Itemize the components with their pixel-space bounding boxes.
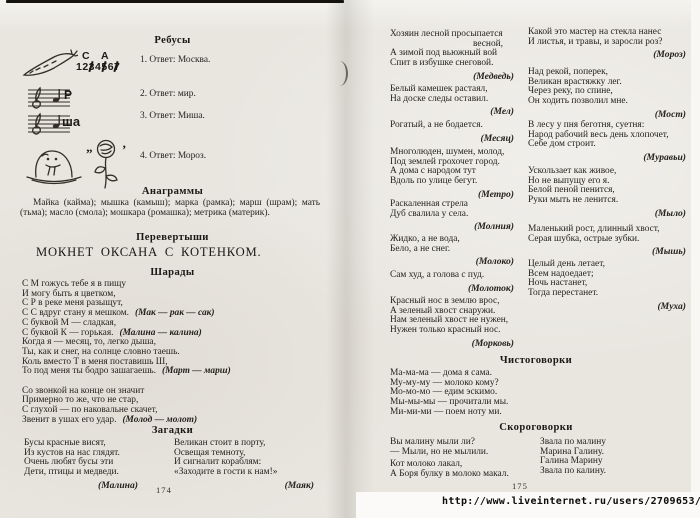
riddle-line: Спит в избушке снеговой. bbox=[390, 59, 514, 69]
skorogovorki-title: Скороговорки bbox=[372, 422, 700, 433]
watermark-url: http://www.liveinternet.ru/users/2709653… bbox=[442, 496, 700, 507]
sharada-text: С буквой К — горькая. bbox=[22, 328, 113, 338]
sharada-text: Примерно то же, что не стар, bbox=[22, 395, 138, 405]
sharada-text: То под меня ты бодро зашагаешь. bbox=[22, 366, 156, 376]
riddle-answer: (Медведь) bbox=[390, 72, 514, 82]
zagadka-block: Бусы красные висят, Из кустов на нас гля… bbox=[24, 439, 138, 491]
sharada-text: С буквой М — сладкая, bbox=[22, 318, 116, 328]
riddle-answer: (Морковь) bbox=[390, 339, 514, 349]
chistogovorki-title: Чистоговорки bbox=[372, 355, 700, 366]
sharada-answer: (Март — марш) bbox=[162, 366, 231, 376]
zagadka-block: Многолюден, шумен, молод, Под землей гро… bbox=[390, 148, 514, 200]
chistogovorki-block: Ма-ма-ма — дома я сама. Му-му-му — молок… bbox=[390, 369, 550, 418]
rebus-answer: 2. Ответ: мир. bbox=[140, 90, 196, 100]
zagadka-block: В лесу у пня беготня, суетня: Народ рабо… bbox=[528, 121, 686, 163]
sharady-block: С М гожусь тебе я в пищу И могу быть я ц… bbox=[22, 280, 334, 425]
rebus-answer: 4. Ответ: Мороз. bbox=[140, 152, 206, 162]
sharada-text: И могу быть я цветком, bbox=[22, 289, 116, 299]
sharada-text: Звенит в ушах его удар. bbox=[22, 415, 116, 425]
sharada-answer: (Малина — калина) bbox=[119, 328, 201, 338]
sharada-answer: (Мак — рак — сак) bbox=[135, 308, 215, 318]
riddle-answer: (Мост) bbox=[528, 110, 686, 120]
riddle-line: «Заходите в гости к нам!» bbox=[174, 468, 314, 478]
perevertyshi-title: Перевертыши bbox=[0, 232, 345, 243]
zagadka-block: Рогатый, а не бодается. (Месяц) bbox=[390, 121, 514, 143]
rebus-answer: 3. Ответ: Миша. bbox=[140, 112, 205, 122]
riddle-answer: (Молоток) bbox=[390, 284, 514, 294]
rebus-quote-mark: ’ bbox=[122, 142, 126, 158]
book-scan: Ребусы С А 1234567 Р bbox=[0, 0, 700, 518]
riddle-answer: (Малина) bbox=[24, 481, 138, 491]
sharada-answer: (Молод — молот) bbox=[122, 415, 197, 425]
rebus-note-letter-r: Р bbox=[64, 88, 72, 102]
riddle-answer: (Мыло) bbox=[528, 209, 686, 219]
riddle-answer: (Месяц) bbox=[390, 134, 514, 144]
sharada-text: Когда я — месяц, то, легко дыша, bbox=[22, 337, 156, 347]
riddle-line: На доске следы оставил. bbox=[390, 95, 514, 105]
top-scan-line bbox=[6, 0, 344, 3]
riddle-line: И листья, и травы, и заросли роз? bbox=[528, 38, 686, 48]
sharada-text: С глухой — по наковальне скачет, bbox=[22, 405, 157, 415]
riddle-line: Себе дом строит. bbox=[528, 140, 686, 150]
skorogovorki-col1: Вы малину мыли ли? — Мыли, но не мылили.… bbox=[390, 438, 540, 480]
riddle-line: Он ходить позволил мне. bbox=[528, 97, 686, 107]
zagadka-block: Какой это мастер на стекла нанес И листь… bbox=[528, 28, 686, 60]
perevertyshi-text: МОКНЕТ ОКСАНА С КОТЕНКОМ. bbox=[36, 245, 261, 260]
zagadka-block: Хозяин лесной просыпается весной, А зимо… bbox=[390, 30, 514, 82]
page-number: 174 bbox=[156, 485, 172, 495]
riddle-line: Дети, птицы и медведи. bbox=[24, 468, 138, 478]
skorogovorka-line: — Мыли, но не мылили. bbox=[390, 448, 540, 458]
riddle-line: Серая шубка, острые зубки. bbox=[528, 235, 686, 245]
rebus-digits: 1234567 bbox=[76, 61, 120, 73]
zagadka-block: Над рекой, поперек, Великан врастяжку ле… bbox=[528, 68, 686, 120]
zagadki-title: Загадки bbox=[0, 425, 345, 436]
riddle-line: Вдоль по улице бегут. bbox=[390, 177, 514, 187]
zagadka-block: Жидко, а не вода, Бело, а не снег. (Моло… bbox=[390, 235, 514, 267]
sharada-text: Со звонкой на конце он значит bbox=[22, 386, 144, 396]
riddle-answer: (Мел) bbox=[390, 107, 514, 117]
sharada-text: С С вдруг стану я мешком. bbox=[22, 308, 129, 318]
page-gutter-shadow bbox=[326, 0, 374, 518]
walrus-pudding-rebus-icon bbox=[24, 142, 84, 188]
rebusy-title: Ребусы bbox=[0, 35, 345, 46]
sharada-text: Ты, как и снег, на солнце словно таешь. bbox=[22, 347, 180, 357]
rebus-answer: 1. Ответ: Москва. bbox=[140, 56, 210, 66]
riddle-line: Тогда перестанет. bbox=[528, 289, 686, 299]
chistogovorka-line: Ми-ми-ми — поем ноту ми. bbox=[390, 408, 550, 418]
sharada-line: То под меня ты бодро зашагаешь.(Март — м… bbox=[22, 367, 334, 377]
zagadka-block: Сам худ, а голова с пуд. (Молоток) bbox=[390, 271, 514, 293]
riddle-line: Бело, а не снег. bbox=[390, 245, 514, 255]
sharady-title: Шарады bbox=[0, 267, 345, 278]
zagadka-block: Красный нос в землю врос, А зеленый хвос… bbox=[390, 297, 514, 349]
page-number: 175 bbox=[512, 481, 528, 491]
riddle-answer: (Мышь) bbox=[528, 247, 686, 257]
riddle-answer: (Муравьи) bbox=[528, 153, 686, 163]
zagadka-block: Белый камешек растаял, На доске следы ос… bbox=[390, 85, 514, 117]
anagrams-text: Майка (кайма); мышка (камыш); марка (рам… bbox=[20, 199, 320, 219]
zagadka-block: Целый день летает, Всем надоедает; Ночь … bbox=[528, 260, 686, 312]
sharada-text: С М гожусь тебе я в пищу bbox=[22, 279, 126, 289]
zagadka-block: Раскаленная стрела Дуб свалила у села. (… bbox=[390, 200, 514, 232]
zagadka-block: Маленький рост, длинный хвост, Серая шуб… bbox=[528, 225, 686, 257]
sharada-line: Звенит в ушах его удар.(Молод — молот) bbox=[22, 416, 334, 426]
riddle-line: Нужен только красный нос. bbox=[390, 326, 514, 336]
scan-edge-strip bbox=[691, 0, 700, 518]
sharada-text: С Р в реке меня разыщут, bbox=[22, 298, 123, 308]
carrot-rebus-icon bbox=[22, 49, 78, 79]
zagadka-block: Великан стоит в порту, Освещая темноту, … bbox=[174, 439, 314, 491]
riddle-answer: (Мороз) bbox=[528, 50, 686, 60]
riddle-line: Руки мыть не ленится. bbox=[528, 196, 686, 206]
rebus-note-letters-sha: ша bbox=[62, 114, 80, 129]
riddle-line: Сам худ, а голова с пуд. bbox=[390, 271, 514, 281]
riddle-answer: (Муха) bbox=[528, 302, 686, 312]
riddle-answer: (Маяк) bbox=[174, 481, 314, 491]
anagrams-title: Анаграммы bbox=[0, 186, 345, 197]
skorogovorka-line: Звала по калину. bbox=[540, 467, 660, 477]
skorogovorka-line: А Боря булку в молоко макал. bbox=[390, 470, 540, 480]
riddle-line: Дуб свалила у села. bbox=[390, 210, 514, 220]
riddle-line: Рогатый, а не бодается. bbox=[390, 121, 514, 131]
zagadka-block: Ускользает как живое, Но не выпущу его я… bbox=[528, 167, 686, 219]
riddle-answer: (Молоко) bbox=[390, 257, 514, 267]
skorogovorki-col2: Звала по малину Марина Галину. Галина Ма… bbox=[540, 438, 660, 477]
riddle-answer: (Молния) bbox=[390, 222, 514, 232]
rose-rebus-icon bbox=[88, 138, 124, 190]
